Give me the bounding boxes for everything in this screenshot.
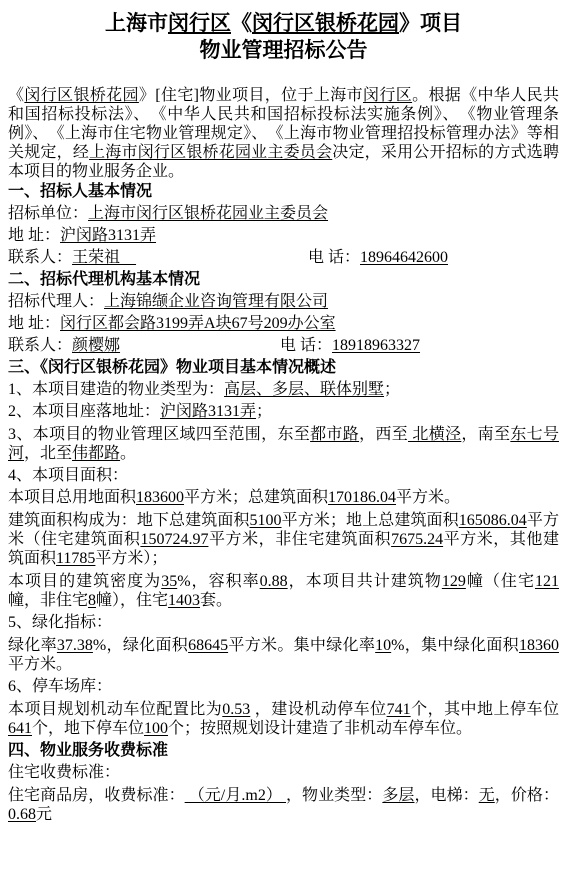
text-run: ，电梯：	[414, 787, 478, 804]
title-line-2: 物业管理招标公告	[8, 37, 559, 64]
contact-name: 联系人：王荣祖	[8, 247, 308, 269]
area-heading-row: 4、本项目面积：	[8, 465, 559, 487]
filled-blank-value: 5100	[250, 512, 282, 529]
text-run: 物业管理招标公告	[200, 38, 368, 62]
text-run: 本项目规划机动车位配置比为	[8, 701, 222, 718]
text-run: 招标单位：	[8, 205, 88, 222]
filled-blank-value: 上海锦缬企业咨询管理有限公司	[104, 293, 328, 310]
text-run: ，本项目共计建筑物	[288, 573, 442, 590]
filled-blank-value: 闵行区银桥花园	[24, 87, 139, 104]
text-run: 地 址：	[8, 227, 60, 244]
filled-blank-value: 10	[375, 637, 391, 654]
text-run: 住宅收费标准：	[8, 764, 120, 781]
parking-paragraph: 本项目规划机动车位配置比为0.53 ，建设机动停车位741个，其中地上停车位64…	[8, 698, 559, 740]
text-run: 《	[8, 87, 24, 104]
filled-blank-value: （元/月.m2）	[185, 787, 286, 804]
text-run: 平方米；地上总建筑面积	[282, 512, 459, 529]
filled-blank-value: 1403	[168, 592, 200, 609]
text-run: 本项目总用地面积	[8, 489, 136, 506]
text-run: 平方米。集中绿化率	[228, 637, 375, 654]
section-4-heading: 四、物业服务收费标准	[8, 740, 559, 762]
section-3-heading: 三、《闵行区银桥花园》物业项目基本情况概述	[8, 357, 559, 379]
tenderer-unit-row: 招标单位：上海市闵行区银桥花园业主委员会	[8, 203, 559, 225]
intro-paragraph: 《闵行区银桥花园》[住宅]物业项目，位于上海市闵行区。根据《中华人民共和国招标投…	[8, 86, 559, 181]
filled-blank-value: 0.53	[222, 701, 250, 718]
text-run: 1、本项目建造的物业类型为：	[8, 381, 224, 398]
section-1-heading: 一、招标人基本情况	[8, 181, 559, 203]
text-run: 二、招标代理机构基本情况	[8, 271, 200, 288]
text-run: 电 话：	[280, 337, 332, 354]
building-area-paragraph: 建筑面积构成为：地下总建筑面积5100平方米；地上总建筑面积165086.04平…	[8, 509, 559, 570]
text-run: 。	[120, 445, 136, 462]
text-run: 平方米。	[396, 489, 460, 506]
title-line-1: 上海市闵行区《闵行区银桥花园》项目	[8, 10, 559, 37]
text-run: 平方米；总建筑面积	[184, 489, 328, 506]
text-run: 个；按照规划设计建造了非机动车停车位。	[168, 720, 472, 737]
document-title: 上海市闵行区《闵行区银桥花园》项目 物业管理招标公告	[8, 10, 559, 64]
fee-standard-row: 住宅收费标准：	[8, 762, 559, 784]
contact-phone: 电 话：18964642600	[308, 247, 448, 269]
filled-blank-value: 闵行区	[363, 87, 412, 104]
filled-blank-value: 王荣祖	[72, 249, 136, 266]
text-run: ；	[384, 381, 400, 398]
text-run: 平方米，非住宅建筑面积	[208, 531, 391, 548]
filled-blank-value: 7675.24	[391, 531, 443, 548]
greening-heading-row: 5、绿化指标：	[8, 612, 559, 634]
text-run: 上海市	[105, 11, 168, 35]
text-run: 本项目的建筑密度为	[8, 573, 161, 590]
text-run: 绿化率	[8, 637, 57, 654]
filled-blank-value: 伟都路	[72, 445, 120, 462]
filled-blank-value: 上海市闵行区银桥花园业主委员会	[89, 144, 332, 161]
filled-blank-value: 高层、多层、联体别墅	[224, 381, 384, 398]
agent-address-row: 地 址：闵行区都会路3199弄A块67号209办公室	[8, 313, 559, 335]
text-run: 联系人：	[8, 249, 72, 266]
filled-blank-value: 无	[479, 787, 495, 804]
text-run: 元	[36, 806, 52, 823]
filled-blank-value: 129	[442, 573, 466, 590]
text-run: %，绿化面积	[93, 637, 188, 654]
filled-blank-value: 37.38	[57, 637, 93, 654]
filled-blank-value: 18964642600	[360, 249, 448, 266]
text-run: 建筑面积构成为：地下总建筑面积	[8, 512, 250, 529]
parking-heading-row: 6、停车场库：	[8, 676, 559, 698]
text-run: 5、绿化指标：	[8, 614, 112, 631]
text-run: 招标代理人：	[8, 293, 104, 310]
filled-blank-value: 闵行区银桥花园	[252, 11, 399, 35]
text-run: ；	[256, 403, 272, 420]
filled-blank-value: 150724.97	[140, 531, 208, 548]
text-run: ，物业类型：	[286, 787, 382, 804]
filled-blank-value: 颜樱娜	[72, 337, 120, 354]
filled-blank-value: 18918963327	[332, 337, 420, 354]
text-run: 》项目	[399, 11, 462, 35]
filled-blank-value: 183600	[136, 489, 184, 506]
fee-detail-paragraph: 住宅商品房，收费标准： （元/月.m2） ，物业类型：多层，电梯：无，价格：0.…	[8, 784, 559, 826]
text-run: 地 址：	[8, 315, 60, 332]
boundary-paragraph: 3、本项目的物业管理区域四至范围，东至都市路，西至 北横泾，南至东七号河，北至伟…	[8, 423, 559, 465]
text-run: 一、招标人基本情况	[8, 183, 152, 200]
filled-blank-value: 沪闵路3131弄	[60, 227, 156, 244]
text-run: ，北至	[24, 445, 72, 462]
property-type-row: 1、本项目建造的物业类型为：高层、多层、联体别墅；	[8, 379, 559, 401]
contact-name: 联系人：颜樱娜	[8, 335, 280, 357]
text-run: 幢（住宅	[466, 573, 535, 590]
land-area-row: 本项目总用地面积183600平方米；总建筑面积170186.04平方米。	[8, 487, 559, 509]
filled-blank-value: 68645	[188, 637, 228, 654]
text-run: 三、《闵行区银桥花园》物业项目基本情况概述	[8, 359, 336, 376]
filled-blank-value: 741	[387, 701, 411, 718]
greening-paragraph: 绿化率37.38%，绿化面积68645平方米。集中绿化率10%，集中绿化面积18…	[8, 634, 559, 676]
filled-blank-value: 35	[161, 573, 177, 590]
text-run: 》[住宅]物业项目，位于上海市	[139, 87, 363, 104]
filled-blank-value: 闵行区	[168, 11, 231, 35]
filled-blank-value: 多层	[382, 787, 414, 804]
text-run: %，集中绿化面积	[391, 637, 519, 654]
text-run: 平方米）；	[95, 550, 167, 567]
location-row: 2、本项目座落地址：沪闵路3131弄；	[8, 401, 559, 423]
filled-blank-value: 18360	[519, 637, 559, 654]
text-run: ，西至	[359, 426, 408, 443]
text-run: 幢，非住宅	[8, 592, 88, 609]
text-run: 6、停车场库：	[8, 678, 112, 695]
filled-blank-value: 8	[88, 592, 96, 609]
filled-blank-value: 沪闵路3131弄	[160, 403, 256, 420]
filled-blank-value: 都市路	[310, 426, 359, 443]
text-run: 4、本项目面积：	[8, 467, 128, 484]
filled-blank-value: 上海市闵行区银桥花园业主委员会	[88, 205, 328, 222]
filled-blank-value: 0.88	[260, 573, 288, 590]
text-run: 四、物业服务收费标准	[8, 742, 168, 759]
filled-blank-value: 100	[144, 720, 168, 737]
text-run: 2、本项目座落地址：	[8, 403, 160, 420]
filled-blank-value: 0.68	[8, 806, 36, 823]
text-run: 个，地下停车位	[32, 720, 144, 737]
section-2-heading: 二、招标代理机构基本情况	[8, 269, 559, 291]
tenderer-contact-row: 联系人：王荣祖 电 话：18964642600	[8, 247, 559, 269]
text-run: ，南至	[461, 426, 510, 443]
filled-blank-value: 11785	[56, 550, 95, 567]
text-run: %，容积率	[177, 573, 259, 590]
text-run: ，价格：	[495, 787, 559, 804]
contact-phone: 电 话：18918963327	[280, 335, 420, 357]
text-run: 电 话：	[308, 249, 360, 266]
text-run: 住宅商品房，收费标准：	[8, 787, 185, 804]
tenderer-address-row: 地 址：沪闵路3131弄	[8, 225, 559, 247]
text-run: 平方米。	[8, 656, 72, 673]
text-run: 个，其中地上停车位	[411, 701, 559, 718]
filled-blank-value: 121	[535, 573, 559, 590]
filled-blank-value: 北横泾	[408, 426, 461, 443]
filled-blank-value: 165086.04	[459, 512, 527, 529]
filled-blank-value: 闵行区都会路3199弄A块67号209办公室	[60, 315, 336, 332]
text-run: 《	[231, 11, 252, 35]
agent-name-row: 招标代理人：上海锦缬企业咨询管理有限公司	[8, 291, 559, 313]
density-paragraph: 本项目的建筑密度为35%，容积率0.88，本项目共计建筑物129幢（住宅121幢…	[8, 570, 559, 612]
text-run: 联系人：	[8, 337, 72, 354]
text-run: 套。	[200, 592, 232, 609]
filled-blank-value: 641	[8, 720, 32, 737]
text-run: 3、本项目的物业管理区域四至范围，东至	[8, 426, 310, 443]
text-run: 幢），住宅	[96, 592, 168, 609]
agent-contact-row: 联系人：颜樱娜 电 话：18918963327	[8, 335, 559, 357]
text-run: ，建设机动停车位	[250, 701, 386, 718]
filled-blank-value: 170186.04	[328, 489, 396, 506]
document-page: 上海市闵行区《闵行区银桥花园》项目 物业管理招标公告 《闵行区银桥花园》[住宅]…	[0, 0, 567, 826]
